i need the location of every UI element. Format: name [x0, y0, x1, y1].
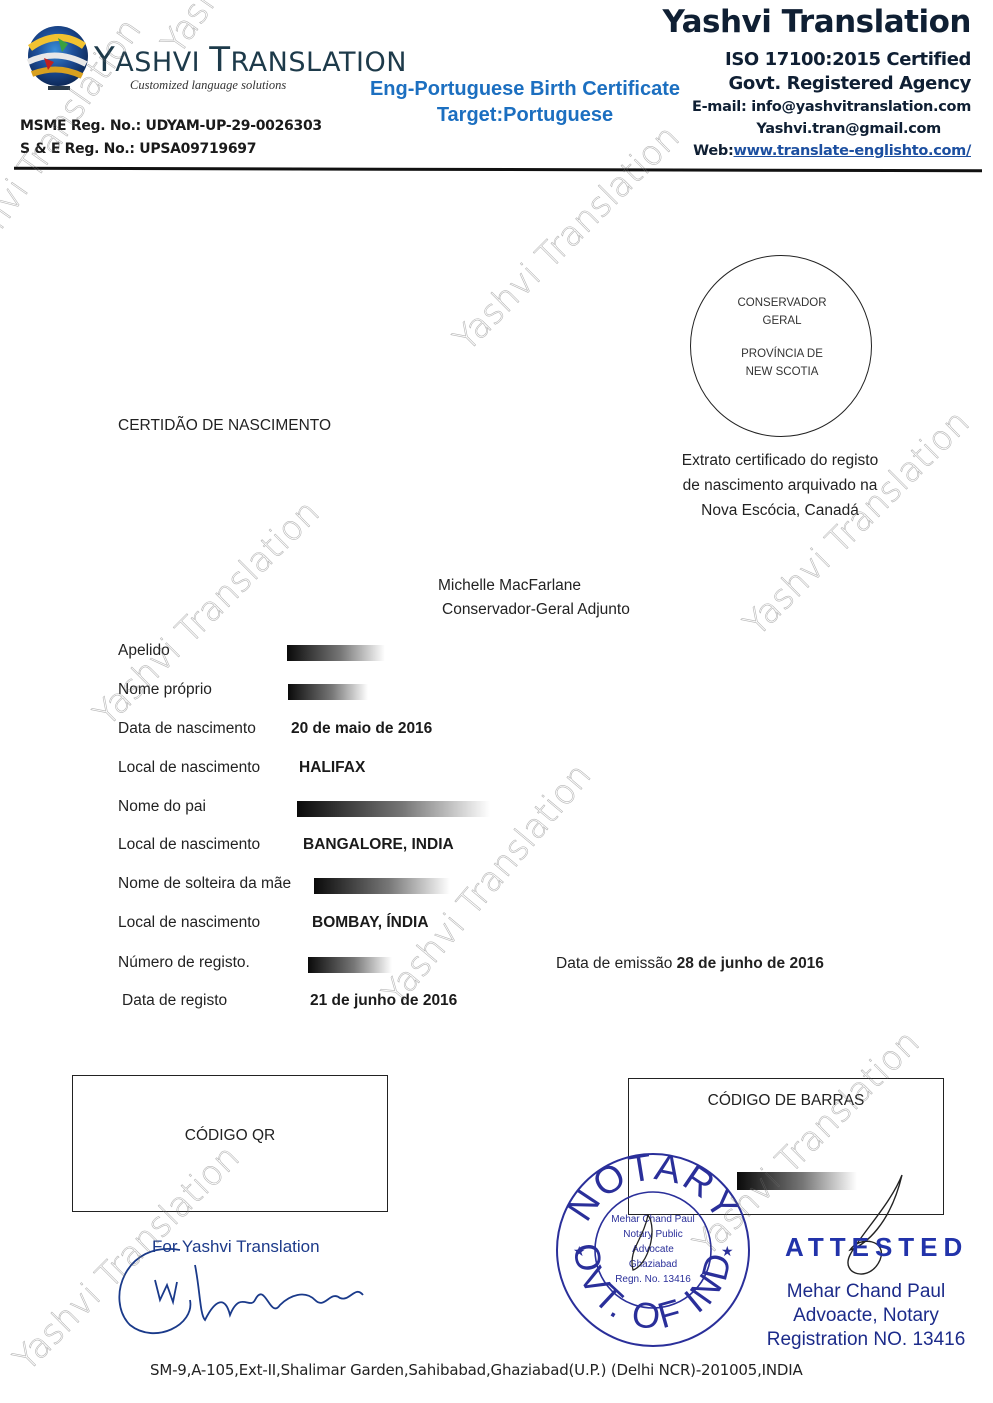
seal-line-3: PROVÍNCIA DE	[690, 345, 874, 363]
company-contact-block: Yashvi Translation ISO 17100:2015 Certif…	[663, 4, 972, 162]
seal-line-2: GERAL	[690, 312, 874, 330]
brand-wordmark: YASHVI TRANSLATION	[94, 40, 407, 80]
signer-role: Conservador-Geral Adjunto	[438, 598, 630, 622]
seal-text-bottom: PROVÍNCIA DE NEW SCOTIA	[690, 345, 874, 381]
document-title: Eng-Portuguese Birth Certificate Target:…	[335, 76, 715, 128]
notary-name: Mehar Chand Paul	[760, 1280, 972, 1304]
translator-signature-icon	[105, 1240, 385, 1355]
extract-line-1: Extrato certificado do registo	[650, 448, 910, 473]
field-value: HALIFAX	[299, 759, 365, 777]
notary-stamp-icon: NOTARY GOVT. OF INDIA ★ ★ Mehar Chand Pa…	[553, 1150, 753, 1350]
attested-stamp: ATTESTED	[785, 1232, 968, 1263]
issue-date-label: Data de emissão	[556, 955, 672, 972]
watermark-text: Yashvi Translation	[446, 117, 688, 359]
field-label: Local de nascimento	[118, 914, 260, 932]
document-target-language: Target:Portuguese	[335, 102, 715, 128]
field-label: Nome próprio	[118, 681, 212, 699]
barcode-label: CÓDIGO DE BARRAS	[629, 1092, 943, 1110]
notary-title: Advoacte, Notary	[760, 1304, 972, 1328]
seal-text-top: CONSERVADOR GERAL	[690, 294, 874, 330]
field-label: Nome de solteira da mãe	[118, 875, 291, 893]
redacted-value	[297, 801, 490, 817]
company-website: Web:www.translate-englishto.com/	[663, 140, 972, 162]
brand-tagline: Customized language solutions	[130, 78, 286, 93]
svg-text:Regn. No. 13416: Regn. No. 13416	[615, 1274, 691, 1285]
company-logo-globe-icon	[18, 18, 94, 94]
brand-initial-y: Y	[94, 40, 115, 80]
field-label: Número de registo.	[118, 954, 250, 972]
extract-line-2: de nascimento arquivado na	[650, 473, 910, 498]
notary-details: Mehar Chand Paul Advoacte, Notary Regist…	[760, 1280, 972, 1352]
redacted-value	[308, 957, 392, 973]
brand-initial-t: T	[209, 40, 230, 80]
agency-status: Govt. Registered Agency	[663, 72, 972, 96]
company-email: E-mail: info@yashvitranslation.com	[663, 96, 972, 118]
brand-text-ashvi: ASHVI	[115, 47, 209, 78]
footer-address: SM-9,A-105,Ext-II,Shalimar Garden,Sahiba…	[150, 1361, 803, 1379]
issue-date: Data de emissão 28 de junho de 2016	[556, 955, 824, 973]
notary-signature-icon	[830, 1165, 920, 1290]
iso-certification: ISO 17100:2015 Certified	[663, 48, 972, 72]
svg-text:Mehar Chand Paul: Mehar Chand Paul	[611, 1214, 694, 1225]
notary-registration: Registration NO. 13416	[760, 1328, 972, 1352]
redacted-value	[314, 878, 450, 894]
svg-text:Notary Public: Notary Public	[623, 1229, 682, 1240]
issue-date-value: 28 de junho de 2016	[677, 955, 824, 972]
web-label: Web:	[693, 143, 733, 159]
watermark-text: Yashvi Translation	[736, 402, 978, 644]
website-link[interactable]: www.translate-englishto.com/	[733, 143, 971, 159]
certificate-title: CERTIDÃO DE NASCIMENTO	[118, 417, 331, 435]
svg-text:★: ★	[573, 1243, 586, 1259]
qr-code-label: CÓDIGO QR	[73, 1127, 387, 1145]
field-value: BANGALORE, INDIA	[303, 836, 454, 854]
field-label: Apelido	[118, 642, 170, 660]
registrar-signer: Michelle MacFarlane Conservador-Geral Ad…	[438, 574, 630, 622]
msme-reg-number: MSME Reg. No.: UDYAM-UP-29-0026303	[20, 118, 322, 134]
field-label: Local de nascimento	[118, 836, 260, 854]
field-label: Nome do pai	[118, 798, 206, 816]
svg-text:★: ★	[721, 1243, 734, 1259]
se-reg-number: S & E Reg. No.: UPSA09719697	[20, 141, 256, 157]
field-value: 21 de junho de 2016	[310, 992, 457, 1010]
certified-extract-note: Extrato certificado do registo de nascim…	[650, 448, 910, 523]
company-name: Yashvi Translation	[663, 4, 972, 40]
field-value: BOMBAY, ÍNDIA	[312, 914, 429, 932]
header-divider	[14, 167, 982, 173]
qr-code-box: CÓDIGO QR	[72, 1075, 388, 1212]
svg-text:Advocate: Advocate	[632, 1244, 674, 1255]
extract-line-3: Nova Escócia, Canadá	[650, 498, 910, 523]
company-email-secondary: Yashvi.tran@gmail.com	[663, 118, 972, 140]
redacted-value	[287, 645, 385, 661]
document-title-main: Eng-Portuguese Birth Certificate	[335, 76, 715, 102]
field-label: Local de nascimento	[118, 759, 260, 777]
field-value: 20 de maio de 2016	[291, 720, 432, 738]
field-label: Data de registo	[122, 992, 227, 1010]
seal-line-4: NEW SCOTIA	[690, 363, 874, 381]
redacted-value	[288, 684, 368, 700]
field-label: Data de nascimento	[118, 720, 256, 738]
signer-name: Michelle MacFarlane	[438, 574, 630, 598]
brand-text-ranslation: RANSLATION	[231, 47, 407, 78]
seal-line-1: CONSERVADOR	[690, 294, 874, 312]
